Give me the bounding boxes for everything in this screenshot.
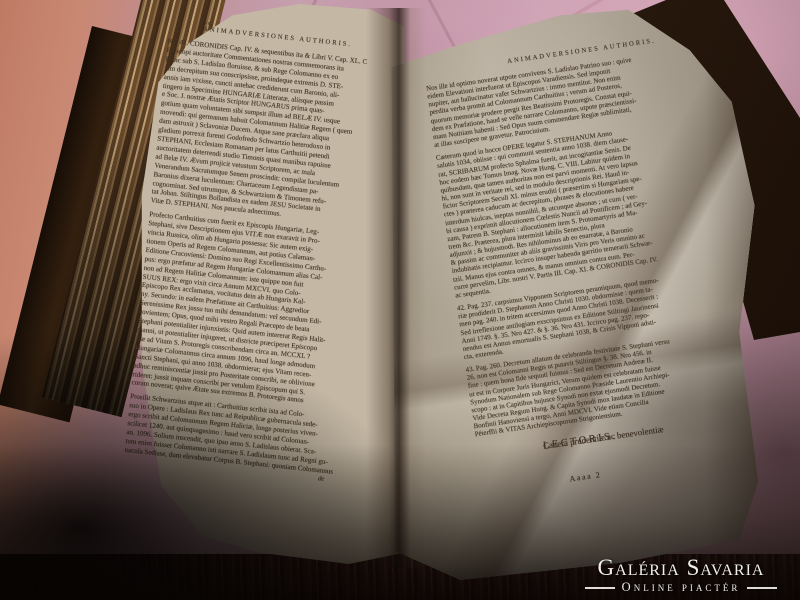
left-page-body: No. 41. CORONIDIS Cap. IV. & sequentibus… bbox=[123, 37, 376, 484]
paragraph: Cæterum quod in hocce OPERE legatur S. S… bbox=[435, 126, 661, 300]
right-page-body: Nos ille id optimo noverat utpote conviv… bbox=[426, 57, 689, 495]
photo-of-open-book: 876 ANIMADVERSIONES AUTHORIS. No. 41. CO… bbox=[0, 0, 800, 600]
watermark-rule-left bbox=[585, 587, 615, 589]
paragraph: Profecto Carthuitius cum fuerit ex Episc… bbox=[131, 210, 358, 409]
watermark: Galéria Savaria Online piactér bbox=[566, 557, 796, 595]
signature-mark: Aaaa 2 bbox=[482, 457, 689, 495]
watermark-title: Galéria Savaria bbox=[566, 557, 796, 579]
watermark-subtitle: Online piactér bbox=[622, 580, 741, 595]
paragraph: No. 41. CORONIDIS Cap. IV. & sequentibus… bbox=[150, 37, 376, 227]
watermark-rule-right bbox=[747, 587, 777, 589]
watermark-subtitle-row: Online piactér bbox=[566, 580, 796, 595]
